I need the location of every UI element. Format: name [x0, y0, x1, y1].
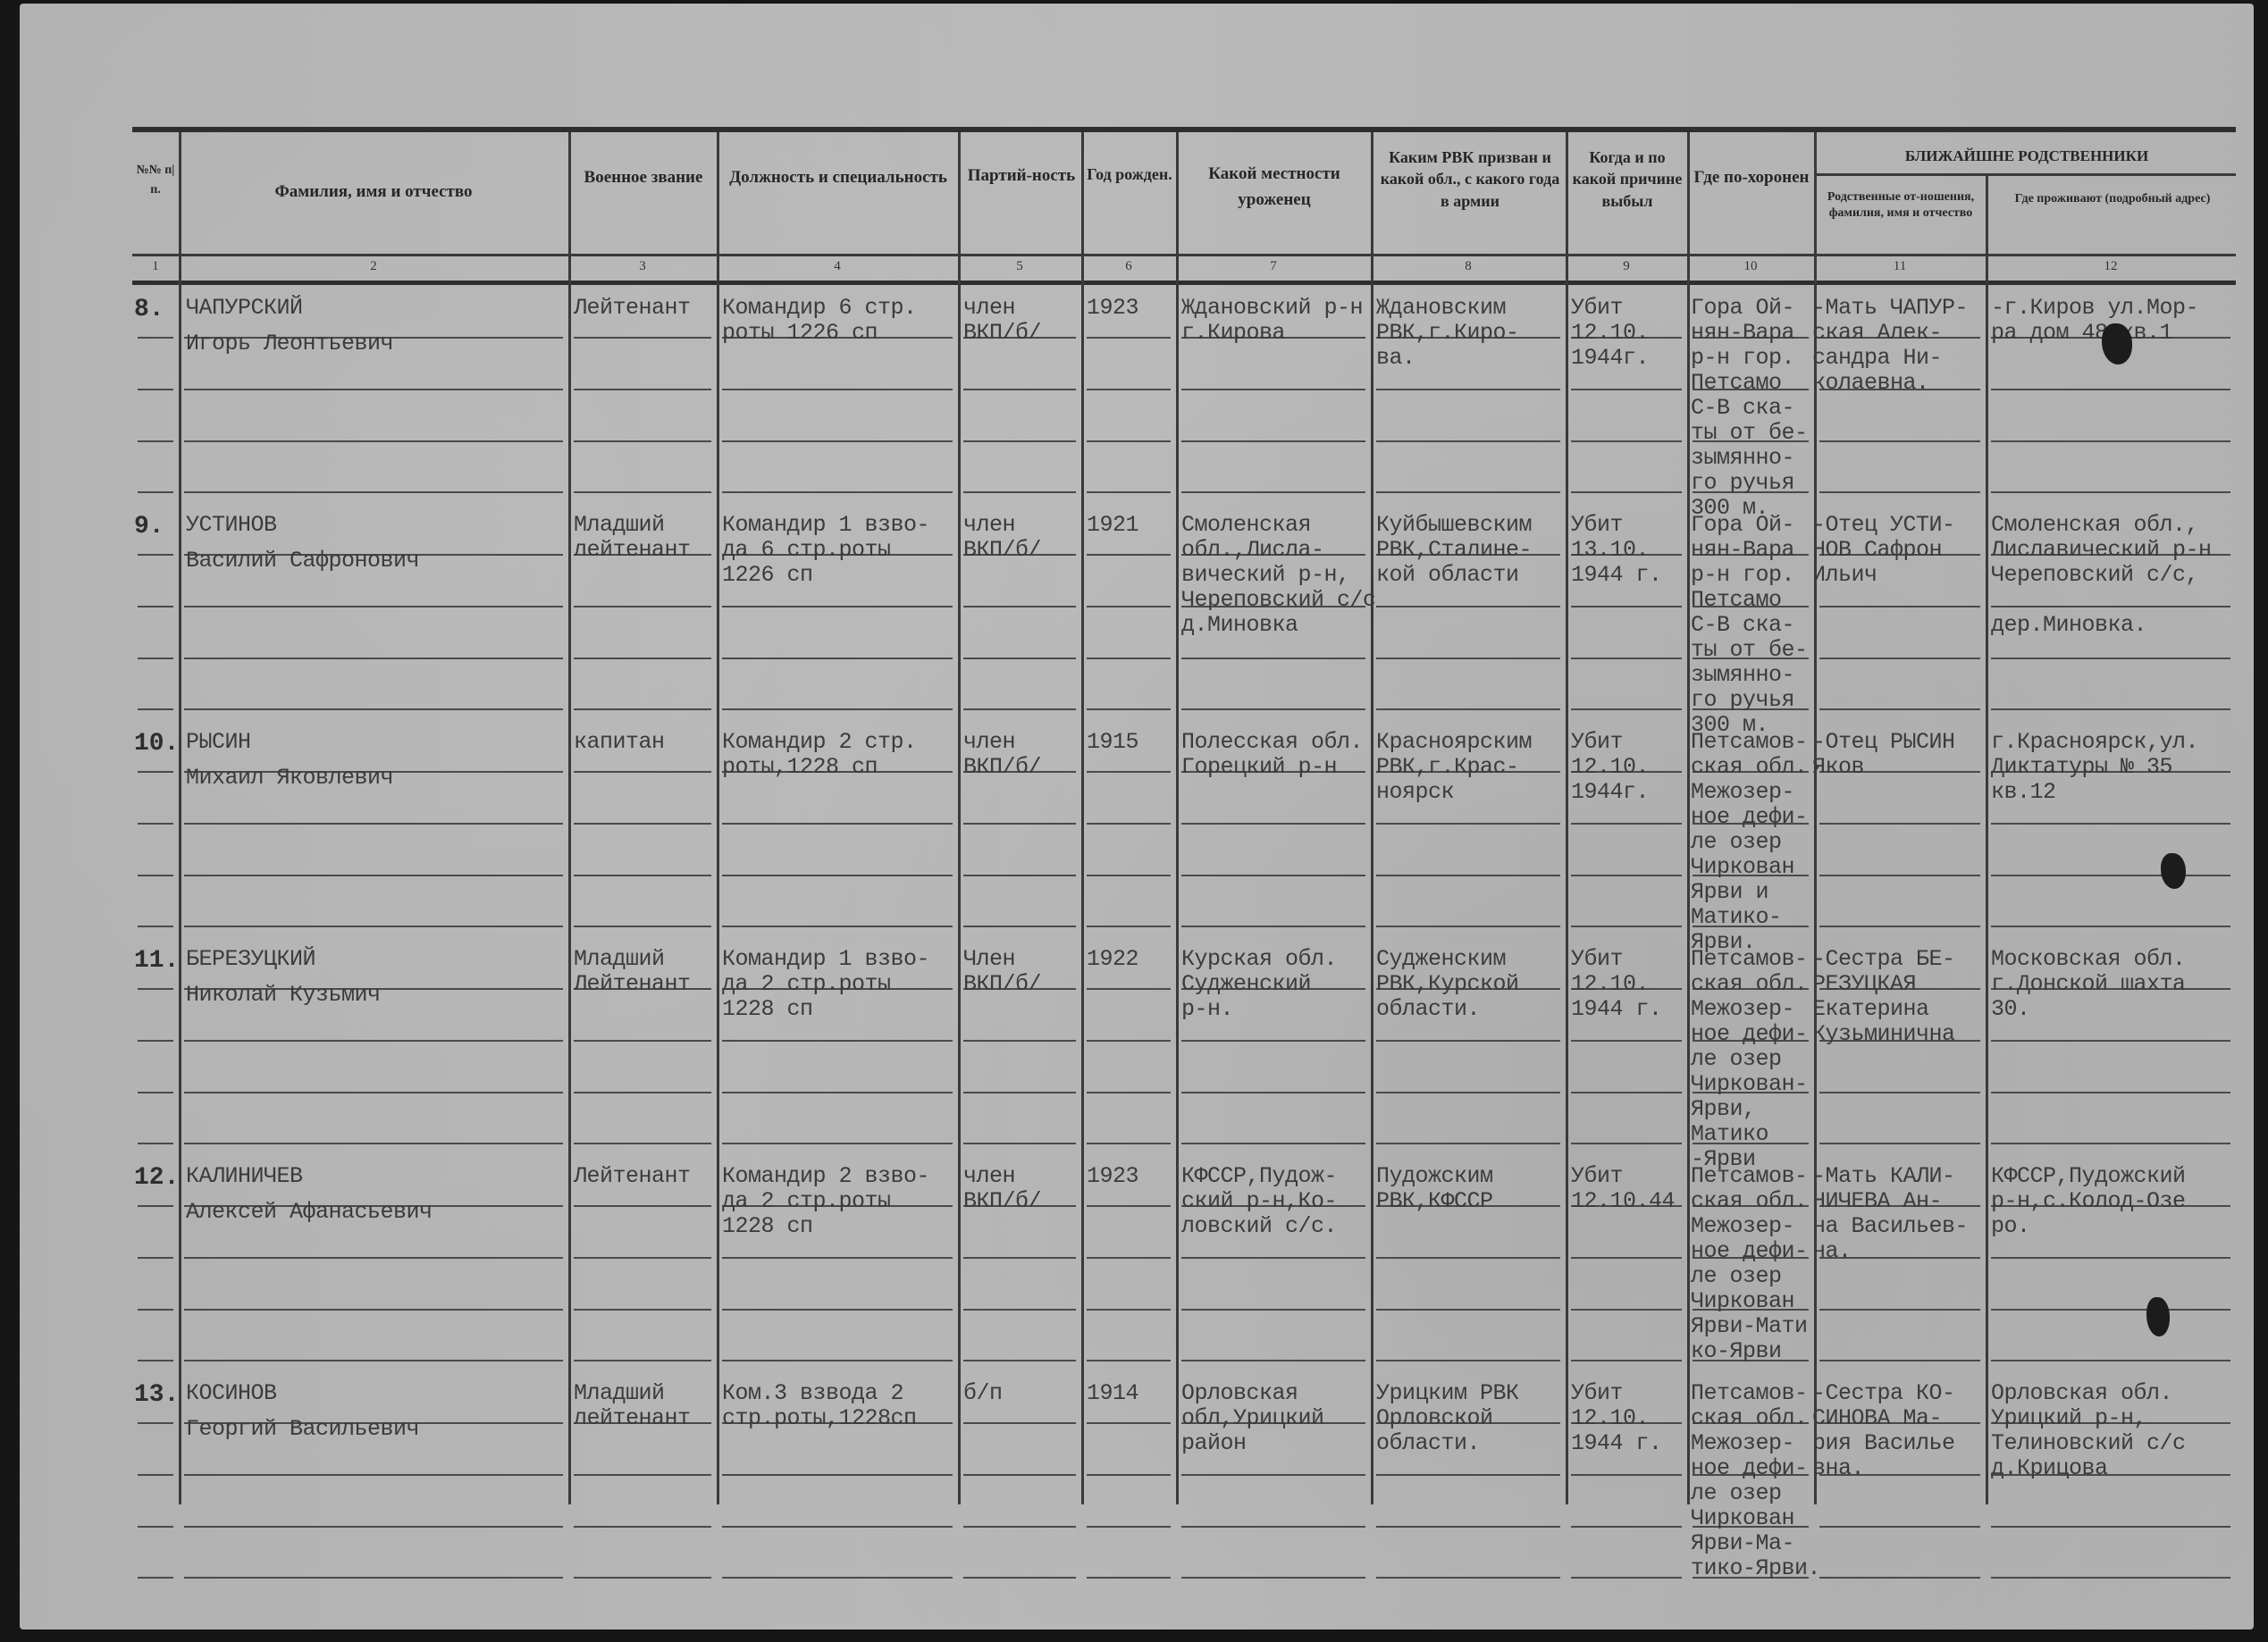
birthplace-cell: Полесская обл. Горецкий р-н — [1181, 730, 1363, 780]
ruled-line — [963, 491, 1076, 493]
ruled-line — [722, 1040, 953, 1042]
ruled-line — [138, 926, 173, 927]
ruled-line — [1181, 440, 1365, 442]
birthplace-cell: Курская обл. Судженский р-н. — [1181, 947, 1337, 1022]
ruled-line — [963, 926, 1076, 927]
ruled-line — [1181, 823, 1365, 825]
birthplace-cell: КФССР,Пудож- ский р-н,Ко- ловский с/с. — [1181, 1164, 1337, 1239]
ruled-line — [574, 771, 711, 773]
ruled-line — [1376, 823, 1560, 825]
ruled-line — [963, 606, 1076, 607]
ruled-line — [1087, 1143, 1171, 1144]
relative-cell: -Сестра КО- СИНОВА Ма- рия Василье вна. — [1812, 1381, 1955, 1481]
ruled-line — [1181, 389, 1365, 390]
surname-cell: УСТИНОВ — [186, 513, 277, 538]
given-name-cell: Николай Кузьмич — [186, 983, 381, 1008]
col-divider — [568, 132, 571, 1504]
burial-place-cell: Гора Ой- нян-Вара р-н гор. Петсамо С-В с… — [1691, 296, 1808, 521]
ruled-line — [1181, 708, 1365, 710]
ruled-line — [138, 440, 173, 442]
birthplace-cell: Смоленская обл.,Лисла- вический р-н, Чер… — [1181, 513, 1376, 638]
ruled-line — [963, 823, 1076, 825]
ruled-line — [1991, 1143, 2230, 1144]
address-cell: Московская обл. г.Донской шахта 30. — [1991, 947, 2186, 1022]
row-number: 11. — [134, 947, 179, 975]
ruled-line — [184, 875, 563, 876]
ruled-line — [1181, 1309, 1365, 1311]
ruled-line — [138, 389, 173, 390]
ruled-line — [722, 1309, 953, 1311]
when-left-cell: Убит 12.10. 1944 г. — [1571, 947, 1662, 1022]
rank-cell: Лейтенант — [574, 296, 691, 321]
ruled-line — [1181, 491, 1365, 493]
ruled-line — [138, 491, 173, 493]
ruled-line — [1376, 1040, 1560, 1042]
position-cell: Командир 2 стр. роты,1228 сп — [722, 730, 917, 780]
conscription-cell: Ждановским РВК,г.Киро- ва. — [1376, 296, 1519, 371]
ruled-line — [574, 1205, 711, 1207]
ruled-line — [138, 988, 173, 990]
column-number: 7 — [1176, 259, 1371, 279]
ruled-line — [1819, 658, 1980, 659]
header-col-buried: Где по-хоронен — [1691, 164, 1812, 190]
ruled-line — [574, 1360, 711, 1361]
ruled-line — [722, 1474, 953, 1476]
ruled-line — [1181, 1092, 1365, 1093]
address-cell: Орловская обл. Урицкий р-н, Телиновский … — [1991, 1381, 2186, 1481]
ruled-line — [138, 554, 173, 556]
ruled-line — [1991, 658, 2230, 659]
ruled-line — [1819, 875, 1980, 876]
ruled-line — [184, 1040, 563, 1042]
ruled-line — [1376, 440, 1560, 442]
ruled-line — [138, 658, 173, 659]
ruled-line — [722, 1526, 953, 1528]
ruled-line — [184, 389, 563, 390]
given-name-cell: Михаил Яковлевич — [186, 766, 393, 791]
when-left-cell: Убит 12.10. 1944г. — [1571, 730, 1649, 805]
column-number: 5 — [958, 259, 1081, 279]
burial-place-cell: Петсамов- ская обл. Межозер- ное дефи- л… — [1691, 730, 1808, 955]
ruled-line — [722, 606, 953, 607]
ruled-line — [1376, 875, 1560, 876]
ruled-line — [138, 1526, 173, 1528]
ruled-line — [1376, 1092, 1560, 1093]
ruled-line — [574, 491, 711, 493]
ruled-line — [1571, 1143, 1682, 1144]
ruled-line — [1376, 1526, 1560, 1528]
punch-hole — [2161, 853, 2186, 889]
ruled-line — [722, 875, 953, 876]
given-name-cell: Георгий Васильевич — [186, 1417, 419, 1442]
header-col-address: Где проживают (подробный адрес) — [1989, 189, 2236, 208]
ruled-line — [574, 1474, 711, 1476]
ruled-line — [138, 708, 173, 710]
header-col-birthplace: Какой местности уроженец — [1180, 161, 1369, 214]
ruled-line — [722, 389, 953, 390]
ruled-line — [1819, 1309, 1980, 1311]
party-cell: член ВКП/б/ — [963, 513, 1041, 563]
ruled-line — [138, 1474, 173, 1476]
relatives-subheader-divider — [1814, 173, 2236, 176]
ruled-line — [1087, 1092, 1171, 1093]
ruled-line — [1181, 1040, 1365, 1042]
relative-cell: -Сестра БЕ- РЕЗУЦКАЯ Екатерина Кузьминич… — [1812, 947, 1955, 1047]
ruled-line — [963, 1092, 1076, 1093]
ruled-line — [1819, 926, 1980, 927]
col-divider — [1371, 132, 1373, 1504]
ruled-line — [574, 1040, 711, 1042]
column-number: 3 — [568, 259, 717, 279]
ruled-line — [1991, 1360, 2230, 1361]
ruled-line — [1571, 440, 1682, 442]
rank-cell: Лейтенант — [574, 1164, 691, 1189]
ruled-line — [138, 1360, 173, 1361]
ruled-line — [1819, 823, 1980, 825]
ruled-line — [1819, 1526, 1980, 1528]
ruled-line — [1087, 926, 1171, 927]
ruled-line — [1376, 1474, 1560, 1476]
ruled-line — [1181, 1526, 1365, 1528]
ruled-line — [722, 823, 953, 825]
ruled-line — [138, 606, 173, 607]
column-number: 9 — [1566, 259, 1687, 279]
ruled-line — [1087, 1474, 1171, 1476]
ruled-line — [1087, 823, 1171, 825]
header-col-birth-year: Год рожден. — [1083, 163, 1176, 188]
ruled-line — [574, 875, 711, 876]
table-top-border — [132, 127, 2236, 132]
ruled-line — [963, 1422, 1076, 1424]
ruled-line — [1376, 389, 1560, 390]
ruled-line — [574, 1309, 711, 1311]
ruled-line — [138, 1205, 173, 1207]
row-number: 9. — [134, 513, 164, 540]
ruled-line — [1376, 658, 1560, 659]
ruled-line — [184, 1526, 563, 1528]
ruled-line — [1991, 1526, 2230, 1528]
ruled-line — [1087, 1309, 1171, 1311]
conscription-cell: Куйбышевским РВК,Сталине- кой области — [1376, 513, 1532, 588]
col-divider — [1081, 132, 1084, 1504]
ruled-line — [138, 823, 173, 825]
ruled-line — [1087, 1205, 1171, 1207]
ruled-line — [574, 389, 711, 390]
party-cell: Член ВКП/б/ — [963, 947, 1041, 997]
ruled-line — [1087, 389, 1171, 390]
ruled-line — [574, 1257, 711, 1259]
col-divider — [1687, 132, 1690, 1504]
given-name-cell: Игорь Леонтьевич — [186, 331, 393, 356]
ruled-line — [1571, 1577, 1682, 1579]
ruled-line — [184, 440, 563, 442]
surname-cell: КАЛИНИЧЕВ — [186, 1164, 303, 1189]
column-number: 1 — [132, 259, 179, 279]
ruled-line — [574, 1577, 711, 1579]
ruled-line — [1819, 440, 1980, 442]
column-number: 2 — [179, 259, 568, 279]
relative-cell: -Отец РЫСИН Яков — [1812, 730, 1955, 780]
ruled-line — [138, 1143, 173, 1144]
ruled-line — [1376, 606, 1560, 607]
ruled-line — [1991, 823, 2230, 825]
rank-cell: Младший лейтенант — [574, 513, 691, 563]
position-cell: Командир 2 взво- да 2 стр.роты 1228 сп — [722, 1164, 929, 1239]
ruled-line — [1819, 1577, 1980, 1579]
rank-cell: Младший Лейтенант — [574, 947, 691, 997]
when-left-cell: Убит 13.10. 1944 г. — [1571, 513, 1662, 588]
ruled-line — [1181, 1143, 1365, 1144]
surname-cell: РЫСИН — [186, 730, 251, 755]
when-left-cell: Убит 12.10.44 — [1571, 1164, 1675, 1214]
header-col-when-left: Когда и по какой причине выбыл — [1569, 147, 1685, 212]
ruled-line — [963, 1143, 1076, 1144]
ruled-line — [1571, 491, 1682, 493]
ruled-line — [1376, 708, 1560, 710]
column-number-divider — [132, 281, 2236, 285]
ruled-line — [1571, 606, 1682, 607]
ruled-line — [184, 606, 563, 607]
birth-year-cell: 1923 — [1087, 1164, 1138, 1189]
ruled-line — [1571, 1257, 1682, 1259]
ruled-line — [184, 1092, 563, 1093]
rank-cell: Младший лейтенант — [574, 1381, 691, 1431]
birth-year-cell: 1915 — [1087, 730, 1138, 755]
burial-place-cell: Петсамов- ская обл. Межозер- ное дефи- л… — [1691, 1164, 1808, 1364]
party-cell: б/п — [963, 1381, 1003, 1406]
row-number: 10. — [134, 730, 179, 758]
ruled-line — [1571, 389, 1682, 390]
conscription-cell: Судженским РВК,Курской области. — [1376, 947, 1519, 1022]
ruled-line — [138, 1309, 173, 1311]
col-divider — [1566, 132, 1568, 1504]
ruled-line — [1376, 1257, 1560, 1259]
ruled-line — [1181, 1577, 1365, 1579]
ruled-line — [1991, 1309, 2230, 1311]
ruled-line — [184, 926, 563, 927]
ruled-line — [574, 926, 711, 927]
ruled-line — [963, 1257, 1076, 1259]
casualty-table: №№ п|п. Фамилия, имя и отчество Военное … — [132, 127, 2236, 1504]
ruled-line — [963, 875, 1076, 876]
header-col-conscription: Каким РВК призван и какой обл., с какого… — [1376, 147, 1564, 212]
ruled-line — [1087, 875, 1171, 876]
party-cell: член ВКП/б/ — [963, 730, 1041, 780]
col-divider — [179, 132, 181, 1504]
burial-place-cell: Петсамов- ская обл. Межозер- ное дефи- л… — [1691, 1381, 1820, 1581]
ruled-line — [963, 389, 1076, 390]
surname-cell: КОСИНОВ — [186, 1381, 277, 1406]
ruled-line — [1991, 875, 2230, 876]
ruled-line — [722, 1360, 953, 1361]
ruled-line — [1571, 1474, 1682, 1476]
ruled-line — [1376, 1577, 1560, 1579]
ruled-line — [963, 1040, 1076, 1042]
ruled-line — [1181, 658, 1365, 659]
birth-year-cell: 1923 — [1087, 296, 1138, 321]
position-cell: Ком.3 взвода 2 стр.роты,1228сп — [722, 1381, 917, 1431]
ruled-line — [1819, 708, 1980, 710]
ruled-line — [138, 875, 173, 876]
ruled-line — [722, 1143, 953, 1144]
rank-cell: капитан — [574, 730, 665, 755]
ruled-line — [1571, 708, 1682, 710]
ruled-line — [138, 1257, 173, 1259]
position-cell: Командир 1 взво- да 6 стр.роты 1226 сп — [722, 513, 929, 588]
ruled-line — [1571, 1309, 1682, 1311]
ruled-line — [184, 1257, 563, 1259]
ruled-line — [1376, 491, 1560, 493]
row-number: 12. — [134, 1164, 179, 1192]
surname-cell: ЧАПУРСКИЙ — [186, 296, 303, 321]
header-col-party: Партий-ность — [963, 163, 1079, 188]
row-number: 13. — [134, 1381, 179, 1409]
address-cell: -г.Киров ул.Мор- ра дом 48 кв.1 — [1991, 296, 2198, 346]
ruled-line — [574, 708, 711, 710]
ruled-line — [1991, 440, 2230, 442]
burial-place-cell: Петсамов- ская обл. Межозер- ное дефи- л… — [1691, 947, 1808, 1172]
ruled-line — [138, 1040, 173, 1042]
header-col-position: Должность и специальность — [722, 164, 954, 190]
col-divider — [717, 132, 719, 1504]
ruled-line — [1571, 875, 1682, 876]
ruled-line — [722, 1577, 953, 1579]
address-cell: Смоленская обл., Лиславический р-н Череп… — [1991, 513, 2212, 638]
ruled-line — [1991, 1092, 2230, 1093]
header-col-relation: Родственные от-ношения, фамилия, имя и о… — [1818, 189, 1984, 221]
header-col-name: Фамилия, имя и отчество — [179, 179, 568, 205]
relative-cell: -Отец УСТИ- НОВ Сафрон Ильич — [1812, 513, 1955, 588]
ruled-line — [184, 708, 563, 710]
ruled-line — [1571, 658, 1682, 659]
ruled-line — [574, 658, 711, 659]
ruled-line — [138, 1422, 173, 1424]
column-number: 11 — [1814, 259, 1986, 279]
ruled-line — [1087, 606, 1171, 607]
ruled-line — [1819, 1092, 1980, 1093]
birthplace-cell: Ждановский р-н г.Кирова — [1181, 296, 1363, 346]
ruled-line — [1087, 554, 1171, 556]
conscription-cell: Красноярским РВК,г.Крас- ноярск — [1376, 730, 1532, 805]
ruled-line — [1571, 1092, 1682, 1093]
ruled-line — [722, 708, 953, 710]
ruled-line — [1181, 926, 1365, 927]
header-col-rank: Военное звание — [579, 164, 708, 190]
ruled-line — [1991, 1257, 2230, 1259]
ruled-line — [1087, 771, 1171, 773]
ruled-line — [963, 658, 1076, 659]
ruled-line — [1991, 491, 2230, 493]
ruled-line — [138, 1092, 173, 1093]
row-number: 8. — [134, 296, 164, 323]
ruled-line — [1181, 1474, 1365, 1476]
header-relatives-group: БЛИЖАЙШНЕ РОДСТВЕННИКИ — [1818, 145, 2236, 168]
ruled-line — [1571, 823, 1682, 825]
ruled-line — [1376, 1143, 1560, 1144]
ruled-line — [722, 491, 953, 493]
ruled-line — [574, 440, 711, 442]
ruled-line — [138, 771, 173, 773]
ruled-line — [1087, 1422, 1171, 1424]
header-col-number: №№ п|п. — [132, 161, 179, 199]
ruled-line — [1991, 389, 2230, 390]
ruled-line — [1819, 1360, 1980, 1361]
ruled-line — [184, 1577, 563, 1579]
ruled-line — [1087, 337, 1171, 339]
col-divider — [1176, 132, 1179, 1504]
party-cell: член ВКП/б/ — [963, 1164, 1041, 1214]
burial-place-cell: Гора Ой- нян-Вара р-н гор. Петсамо С-В с… — [1691, 513, 1808, 738]
ruled-line — [184, 823, 563, 825]
ruled-line — [1819, 606, 1980, 607]
ruled-line — [184, 1309, 563, 1311]
column-number: 6 — [1081, 259, 1176, 279]
ruled-line — [1087, 1257, 1171, 1259]
party-cell: член ВКП/б/ — [963, 296, 1041, 346]
ruled-line — [574, 1092, 711, 1093]
ruled-line — [1181, 1257, 1365, 1259]
position-cell: Командир 1 взво- да 2 стр.роты 1228 сп — [722, 947, 929, 1022]
ruled-line — [1087, 708, 1171, 710]
ruled-line — [1087, 1577, 1171, 1579]
ruled-line — [963, 1360, 1076, 1361]
ruled-line — [1376, 1360, 1560, 1361]
ruled-line — [1087, 988, 1171, 990]
ruled-line — [1087, 491, 1171, 493]
ruled-line — [963, 440, 1076, 442]
ruled-line — [1571, 1526, 1682, 1528]
ruled-line — [1991, 1577, 2230, 1579]
ruled-line — [574, 606, 711, 607]
when-left-cell: Убит 12.10. 1944 г. — [1571, 1381, 1662, 1456]
position-cell: Командир 6 стр. роты 1226 сп — [722, 296, 917, 346]
column-number: 8 — [1371, 259, 1566, 279]
ruled-line — [1087, 658, 1171, 659]
ruled-line — [574, 1143, 711, 1144]
surname-cell: БЕРЕЗУЦКИЙ — [186, 947, 315, 972]
ruled-line — [184, 1474, 563, 1476]
ruled-line — [1819, 1143, 1980, 1144]
birth-year-cell: 1921 — [1087, 513, 1138, 538]
column-number: 10 — [1687, 259, 1814, 279]
column-number: 12 — [1986, 259, 2236, 279]
ruled-line — [722, 1092, 953, 1093]
ruled-line — [184, 491, 563, 493]
birthplace-cell: Орловская обл,Урицкий район — [1181, 1381, 1324, 1456]
ruled-line — [722, 926, 953, 927]
birth-year-cell: 1922 — [1087, 947, 1138, 972]
ruled-line — [722, 440, 953, 442]
ruled-line — [1819, 491, 1980, 493]
relative-cell: -Мать КАЛИ- НИЧЕВА Ан- на Васильев- на. — [1812, 1164, 1968, 1264]
ruled-line — [963, 708, 1076, 710]
ruled-line — [1181, 875, 1365, 876]
ruled-line — [1991, 708, 2230, 710]
ruled-line — [1571, 926, 1682, 927]
conscription-cell: Пудожским РВК,КФССР — [1376, 1164, 1493, 1214]
relative-cell: -Мать ЧАПУР- ская Алек- сандра Ни- колае… — [1812, 296, 1968, 396]
ruled-line — [184, 658, 563, 659]
when-left-cell: Убит 12.10. 1944г. — [1571, 296, 1649, 371]
ruled-line — [722, 1257, 953, 1259]
ruled-line — [1087, 1526, 1171, 1528]
ruled-line — [138, 1577, 173, 1579]
col-divider — [1986, 173, 1988, 1504]
address-cell: г.Красноярск,ул. Диктатуры № 35 кв.12 — [1991, 730, 2198, 805]
ruled-line — [963, 1474, 1076, 1476]
birth-year-cell: 1914 — [1087, 1381, 1138, 1406]
header-divider — [132, 254, 2236, 256]
